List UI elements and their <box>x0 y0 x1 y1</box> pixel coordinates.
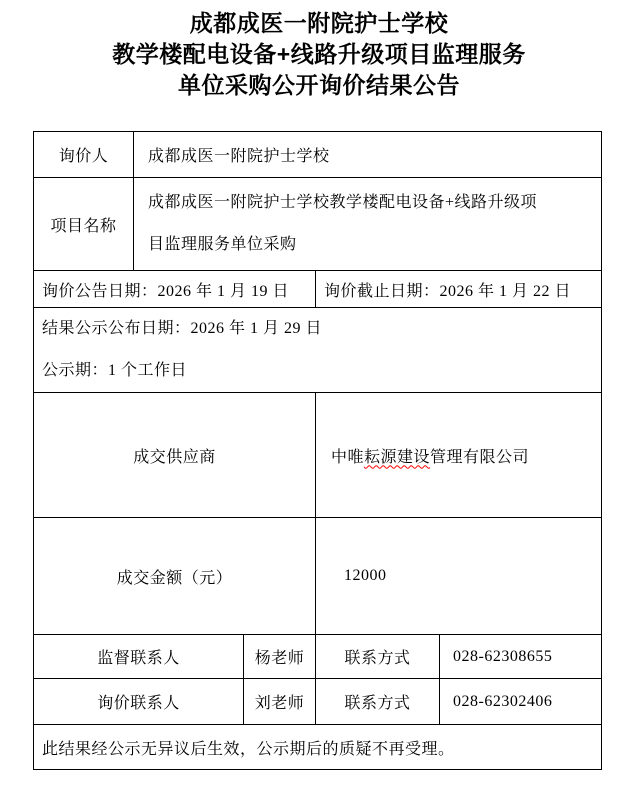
inquirer-label: 询价人 <box>34 132 134 178</box>
table-row-amount: 成交金额（元） 12000 <box>34 518 602 635</box>
supervisor-name: 杨老师 <box>244 635 316 679</box>
supplier-name-flagged: 耘源建设 <box>364 449 430 466</box>
supplier-name-prefix: 中唯 <box>331 449 364 466</box>
supervisor-label: 监督联系人 <box>34 635 244 679</box>
supplier-label: 成交供应商 <box>34 393 316 518</box>
inquiry-contact-phone: 028-62302406 <box>440 679 602 725</box>
table-row-inquiry-contact: 询价联系人 刘老师 联系方式 028-62302406 <box>34 679 602 725</box>
page-title-line-2: 教学楼配电设备+线路升级项目监理服务单位采购公开询价结果公告 <box>101 39 537 101</box>
table-row-dates: 询价公告日期：2026 年 1 月 19 日 询价截止日期：2026 年 1 月… <box>34 271 602 308</box>
deadline-date: 询价截止日期：2026 年 1 月 22 日 <box>316 271 602 308</box>
footer-note: 此结果经公示无异议后生效，公示期后的质疑不再受理。 <box>34 725 602 770</box>
inquiry-contact-name: 刘老师 <box>244 679 316 725</box>
table-row-publicity: 结果公示公布日期：2026 年 1 月 29 日 公示期：1 个工作日 <box>34 308 602 393</box>
project-label: 项目名称 <box>34 178 134 271</box>
publicity-publish-date: 结果公示公布日期：2026 年 1 月 29 日 <box>42 308 601 350</box>
inquirer-value: 成都成医一附院护士学校 <box>134 132 602 178</box>
supervisor-contact-label: 联系方式 <box>316 635 440 679</box>
publicity-cell: 结果公示公布日期：2026 年 1 月 29 日 公示期：1 个工作日 <box>34 308 602 393</box>
table-row-footer-note: 此结果经公示无异议后生效，公示期后的质疑不再受理。 <box>34 725 602 770</box>
page-title-line-1: 成都成医一附院护士学校 <box>101 8 537 39</box>
amount-label: 成交金额（元） <box>34 518 316 635</box>
publicity-period: 公示期：1 个工作日 <box>42 350 601 392</box>
table-row-project: 项目名称 成都成医一附院护士学校教学楼配电设备+线路升级项目监理服务单位采购 <box>34 178 602 271</box>
page-title: 成都成医一附院护士学校 教学楼配电设备+线路升级项目监理服务单位采购公开询价结果… <box>101 8 537 101</box>
supplier-value: 中唯耘源建设管理有限公司 <box>316 393 602 518</box>
inquiry-contact-contact-label: 联系方式 <box>316 679 440 725</box>
supplier-name-suffix: 管理有限公司 <box>430 449 529 466</box>
table-row-inquirer: 询价人 成都成医一附院护士学校 <box>34 132 602 178</box>
document-page: { "page": { "title_line1": "成都成医一附院护士学校"… <box>0 0 638 795</box>
project-value: 成都成医一附院护士学校教学楼配电设备+线路升级项目监理服务单位采购 <box>134 178 602 271</box>
supervisor-phone: 028-62308655 <box>440 635 602 679</box>
result-table: 询价人 成都成医一附院护士学校 项目名称 成都成医一附院护士学校教学楼配电设备+… <box>33 131 602 770</box>
table-row-supplier: 成交供应商 中唯耘源建设管理有限公司 <box>34 393 602 518</box>
announce-date: 询价公告日期：2026 年 1 月 19 日 <box>34 271 316 308</box>
table-row-supervisor: 监督联系人 杨老师 联系方式 028-62308655 <box>34 635 602 679</box>
amount-value: 12000 <box>316 518 602 635</box>
inquiry-contact-label: 询价联系人 <box>34 679 244 725</box>
